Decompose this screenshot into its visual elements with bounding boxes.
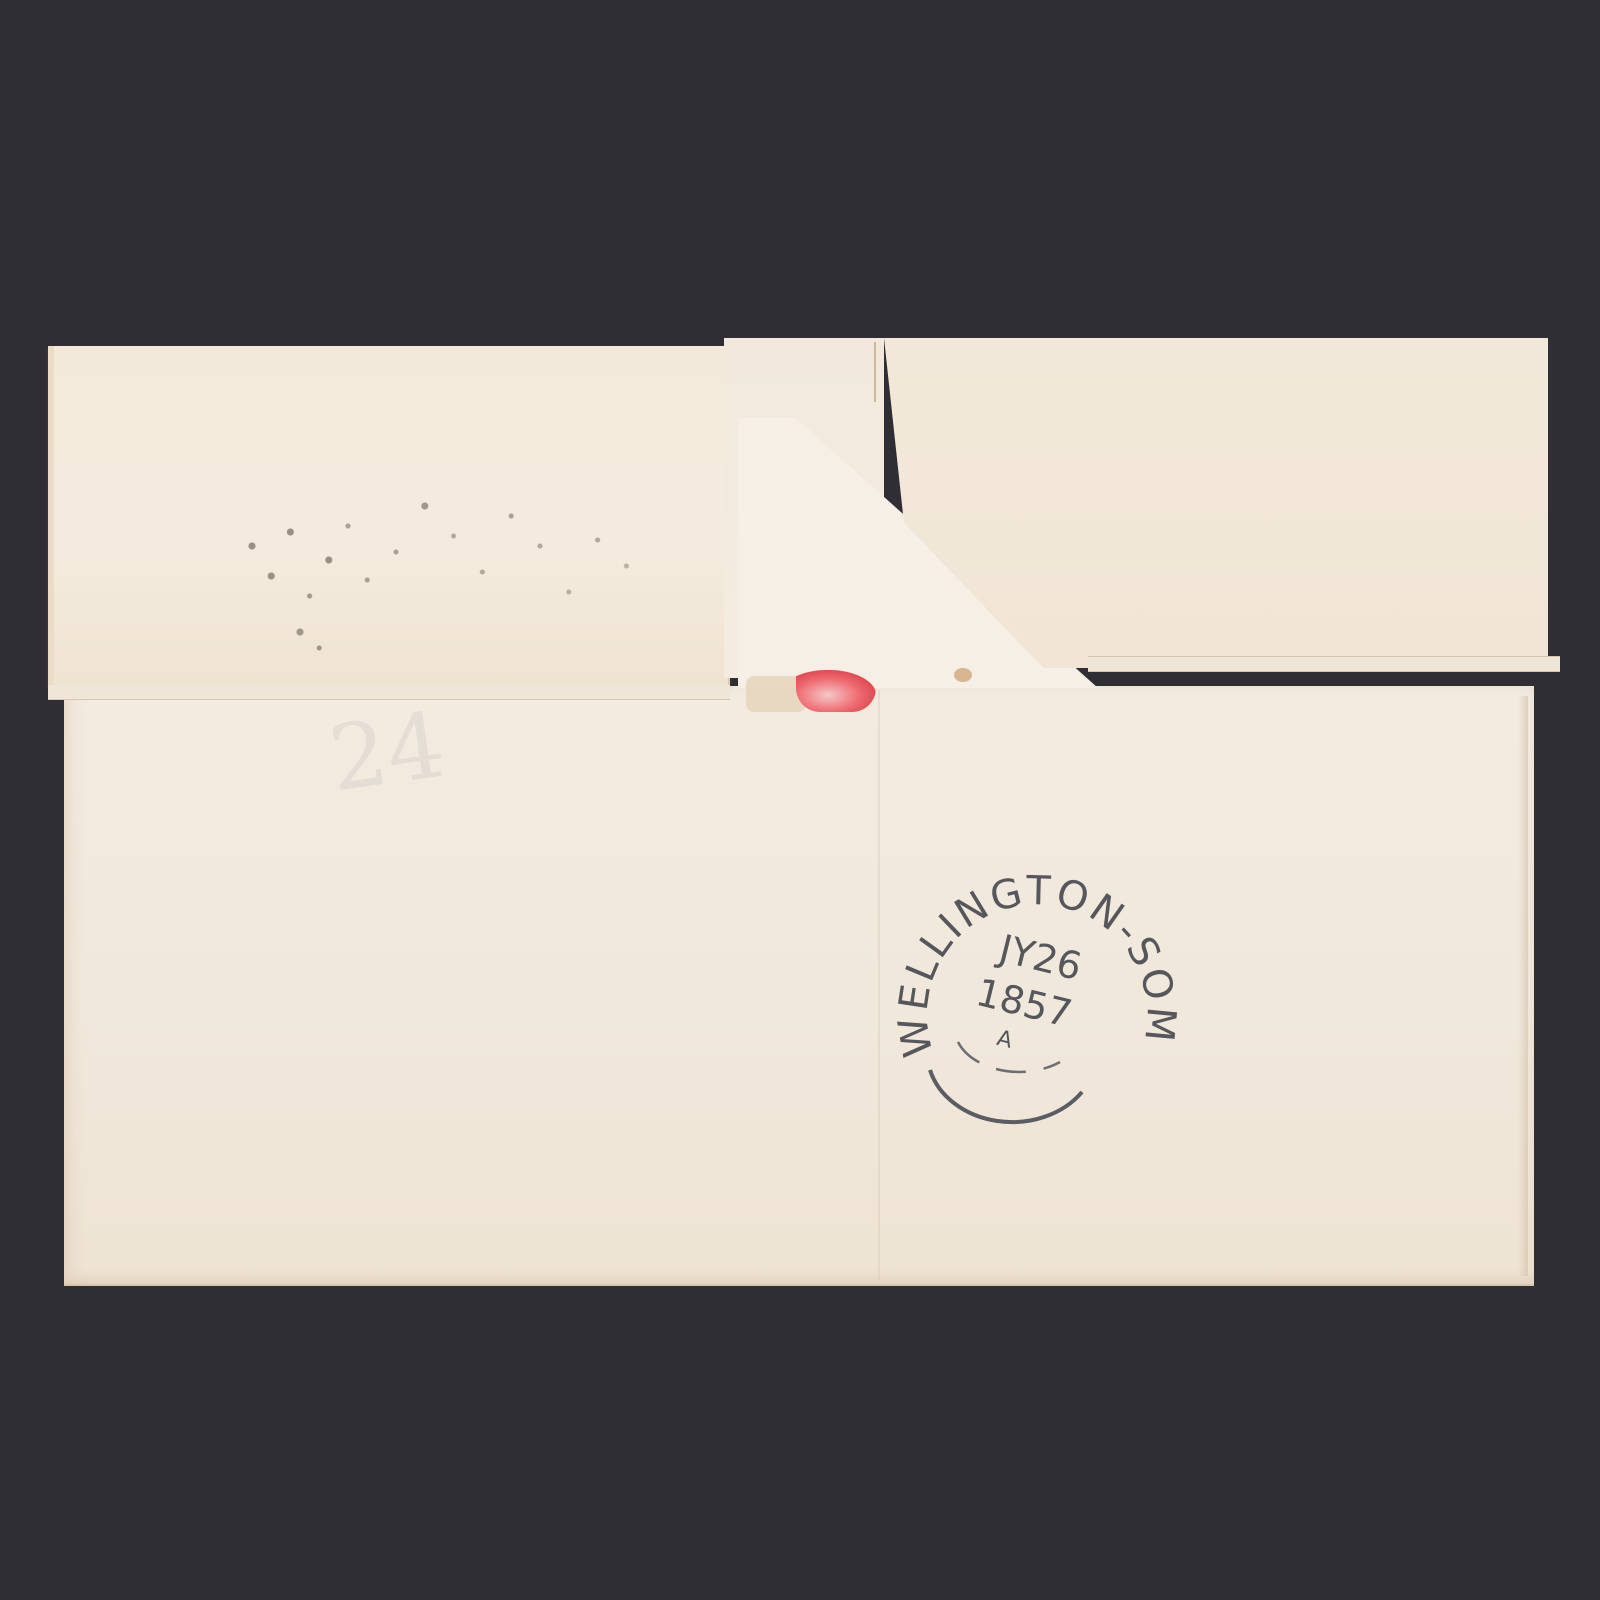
right-flap-edge <box>1088 656 1560 672</box>
black-cancellation <box>204 456 684 656</box>
wellington-postmark: WELLINGTON-SOM JY26 1857 A <box>870 830 1190 1130</box>
postmark-arc <box>930 1070 1082 1122</box>
folded-letter <box>48 338 1558 1288</box>
pencil-mark: 24 <box>323 693 451 813</box>
letter-back-panel <box>64 686 1534 1286</box>
foxing-spot <box>954 668 972 682</box>
flap-strip <box>48 685 730 700</box>
postmark-code: A <box>994 1026 1015 1054</box>
red-wax-seal <box>796 670 876 712</box>
tear-crease <box>874 342 876 402</box>
left-flap <box>48 346 730 686</box>
